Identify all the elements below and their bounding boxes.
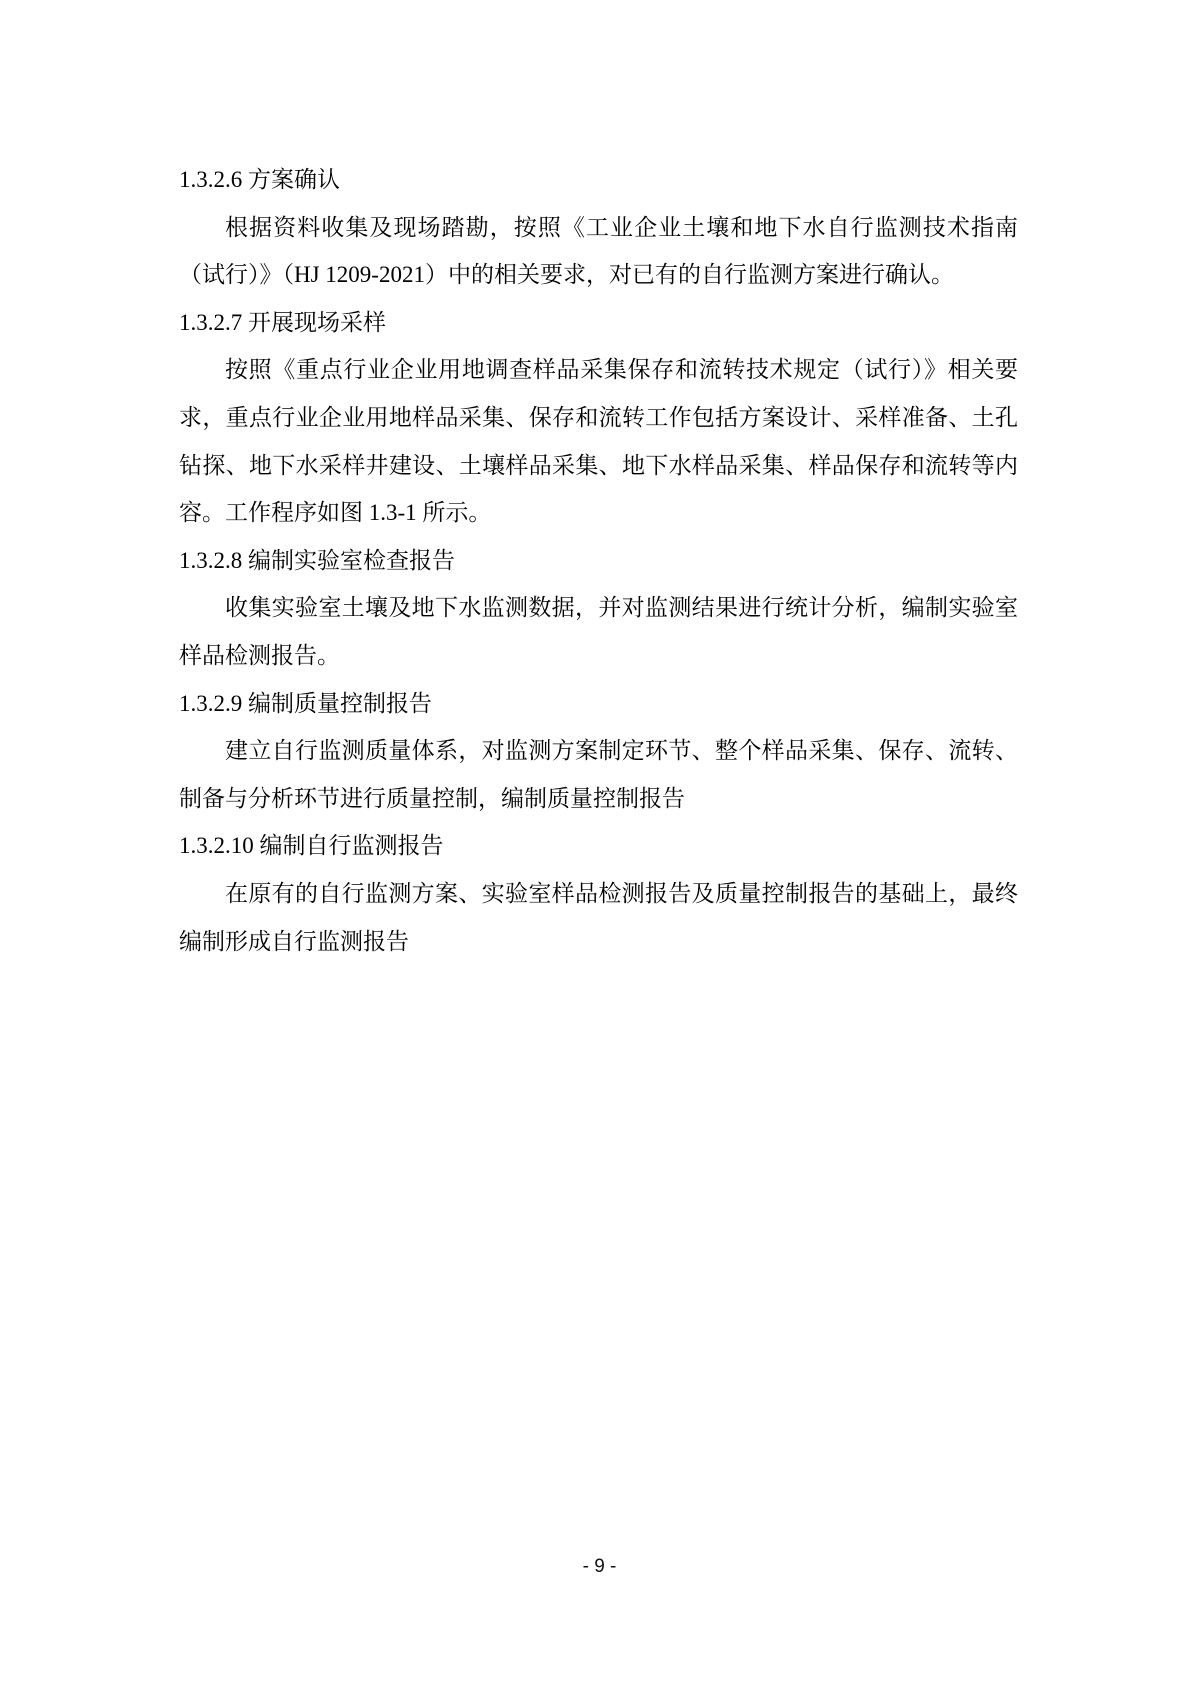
document-page: 1.3.2.6 方案确认 根据资料收集及现场踏勘，按照《工业企业土壤和地下水自行…	[0, 0, 1199, 1696]
section-paragraph: 在原有的自行监测方案、实验室样品检测报告及质量控制报告的基础上，最终编制形成自行…	[179, 870, 1018, 965]
section-paragraph: 建立自行监测质量体系，对监测方案制定环节、整个样品采集、保存、流转、制备与分析环…	[179, 727, 1018, 822]
section-paragraph: 按照《重点行业企业用地调查样品采集保存和流转技术规定（试行）》相关要求，重点行业…	[179, 346, 1018, 536]
section-heading-1-3-2-6: 1.3.2.6 方案确认	[179, 156, 1018, 204]
section-paragraph: 收集实验室土壤及地下水监测数据，并对监测结果进行统计分析，编制实验室样品检测报告…	[179, 584, 1018, 679]
page-number: - 9 -	[583, 1556, 617, 1577]
document-content: 1.3.2.6 方案确认 根据资料收集及现场踏勘，按照《工业企业土壤和地下水自行…	[179, 156, 1018, 965]
section-heading-1-3-2-7: 1.3.2.7 开展现场采样	[179, 299, 1018, 347]
section-heading-1-3-2-9: 1.3.2.9 编制质量控制报告	[179, 680, 1018, 728]
section-heading-1-3-2-10: 1.3.2.10 编制自行监测报告	[179, 822, 1018, 870]
section-paragraph: 根据资料收集及现场踏勘，按照《工业企业土壤和地下水自行监测技术指南（试行）》（H…	[179, 204, 1018, 299]
page-footer: - 9 -	[0, 1556, 1199, 1578]
section-heading-1-3-2-8: 1.3.2.8 编制实验室检查报告	[179, 537, 1018, 585]
